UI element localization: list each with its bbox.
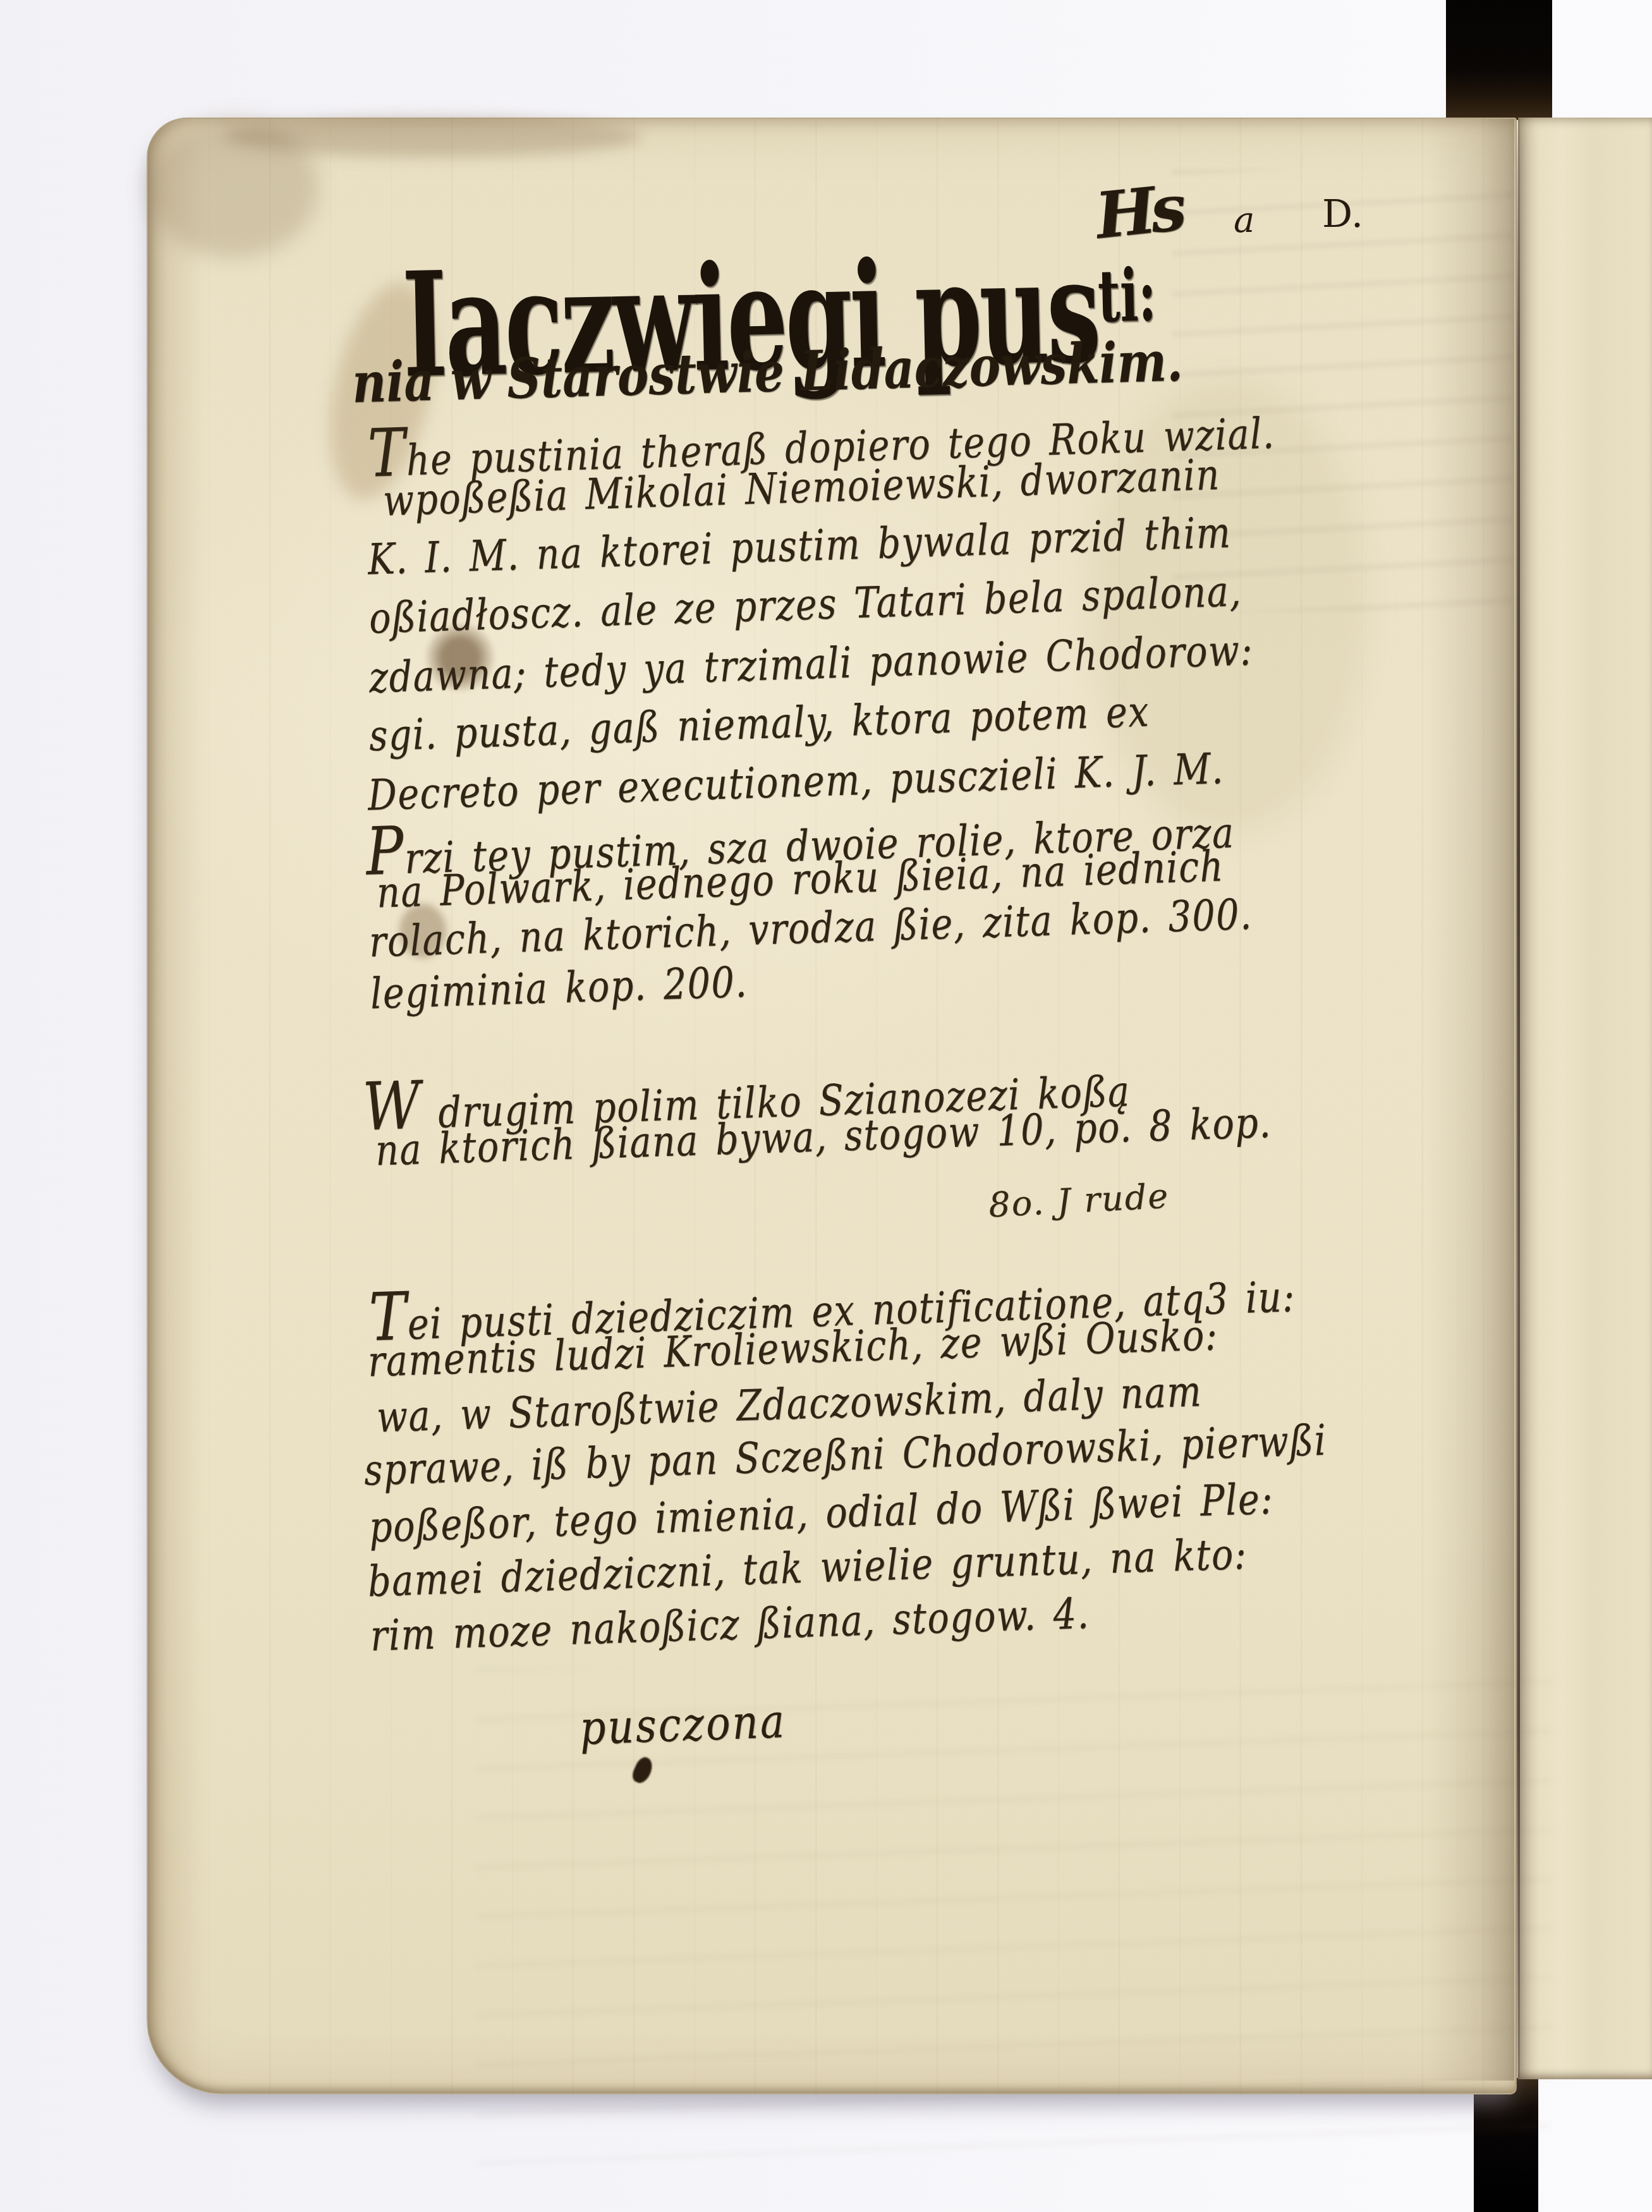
facing-page-edge <box>1518 118 1652 2079</box>
bookmark-ribbon-top <box>1446 0 1552 120</box>
corner-mark-a: a <box>1234 200 1254 241</box>
manuscript-line: legiminia kop. 200. <box>370 957 748 1019</box>
corner-mark-d: D. <box>1322 192 1363 236</box>
closing-word: pusczona <box>579 1695 787 1756</box>
page-content: Hs a D. Iaczwiegi pusti: nia w Starostwi… <box>148 119 1515 2093</box>
manuscript-scan: Hs a D. Iaczwiegi pusti: nia w Starostwi… <box>0 0 1652 2212</box>
ink-drip-blot <box>630 1755 656 1786</box>
page-title-superscript: ti: <box>1097 253 1157 338</box>
manuscript-page: Hs a D. Iaczwiegi pusti: nia w Starostwi… <box>147 118 1517 2094</box>
marginal-note: 8o. J rude <box>988 1176 1170 1225</box>
bookmark-ribbon-bottom <box>1474 2078 1538 2212</box>
